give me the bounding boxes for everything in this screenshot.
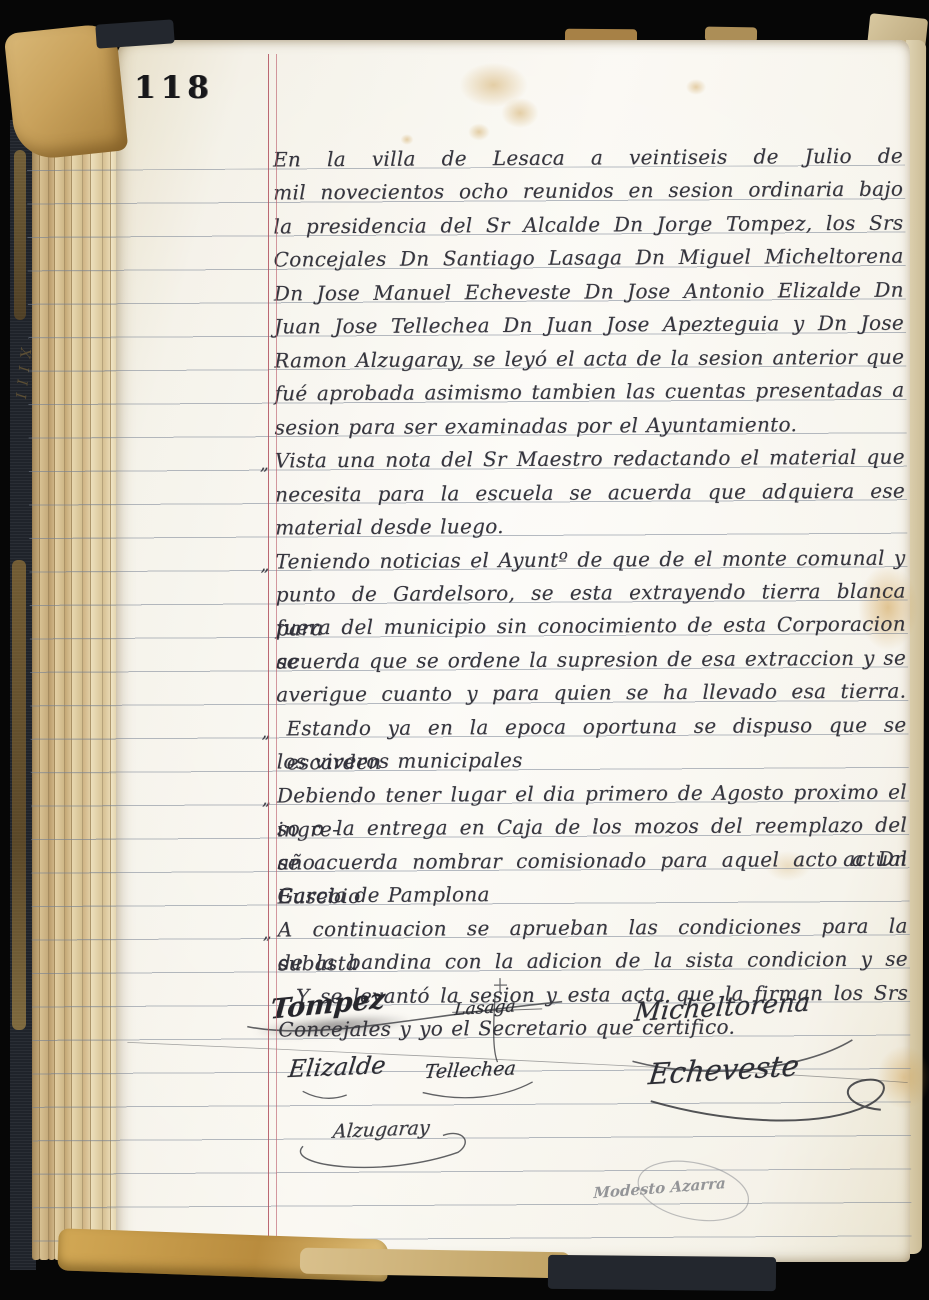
page-content-layer: En la villa de Lesaca a veintiseis de Ju… bbox=[112, 38, 913, 1265]
signature: Modesto Azarra bbox=[593, 1174, 726, 1202]
signature: Elizalde bbox=[287, 1051, 387, 1083]
worn-gilt-streak bbox=[14, 150, 26, 320]
signature: Lasaga bbox=[453, 996, 516, 1020]
signature: Micheltorena bbox=[633, 987, 812, 1028]
signature: Echeveste bbox=[647, 1048, 801, 1091]
signature-name: Tompez bbox=[269, 984, 386, 1026]
cover-bottom-edge bbox=[548, 1255, 776, 1291]
signature-name: Micheltorena bbox=[633, 987, 812, 1028]
worn-bottom-edge-tan bbox=[300, 1248, 570, 1279]
manuscript-page: En la villa de Lesaca a veintiseis de Ju… bbox=[116, 40, 910, 1262]
signature-name: Echeveste bbox=[647, 1048, 801, 1091]
signature-name: Alzugaray bbox=[332, 1117, 431, 1143]
signature-block: Tompez Lasaga Micheltorena Elizalde Tell… bbox=[112, 38, 913, 1265]
page-number-stamp: 118 bbox=[134, 70, 214, 106]
scanned-book-photo: XIII En la villa de Les bbox=[0, 0, 929, 1300]
signature-name: Tellechea bbox=[424, 1057, 517, 1083]
signature: Tompez bbox=[269, 984, 386, 1026]
signature: Tellechea bbox=[424, 1057, 517, 1083]
worn-gilt-streak bbox=[12, 560, 26, 1030]
signature: Alzugaray bbox=[332, 1117, 431, 1143]
signature-name: Elizalde bbox=[287, 1051, 387, 1083]
signature-name: Lasaga bbox=[453, 996, 516, 1020]
signature-name: Modesto Azarra bbox=[593, 1174, 726, 1202]
red-margin-line bbox=[268, 54, 277, 1256]
